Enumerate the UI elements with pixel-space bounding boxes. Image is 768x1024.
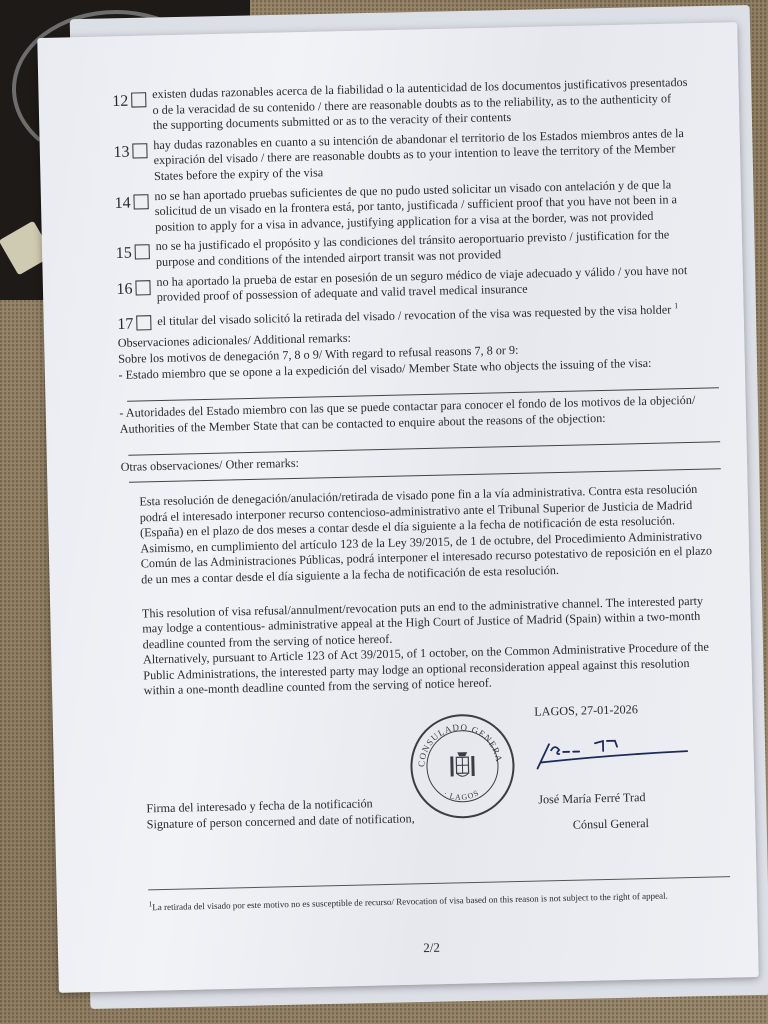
reason-number: 15 — [116, 246, 132, 262]
reason-checkbox[interactable] — [135, 245, 150, 260]
refusal-reasons-list: 12existen dudas razonables acerca de la … — [112, 74, 717, 330]
reason-number: 16 — [116, 281, 132, 297]
signer-name: José María Ferré Trad — [538, 790, 646, 808]
reason-number: 17 — [117, 316, 133, 332]
place-and-date: LAGOS, 27-01-2026 — [534, 702, 638, 720]
refusal-reason-14: 14no se han aportado pruebas suficientes… — [114, 176, 715, 236]
reason-checkbox[interactable] — [135, 280, 150, 295]
footnote-text: La retirada del visado por este motivo n… — [152, 891, 668, 913]
signer-title: Cónsul General — [573, 816, 649, 833]
reason-text: el titular del visado solicitó la retira… — [157, 302, 671, 328]
appeal-notice-english: This resolution of visa refusal/annulmen… — [124, 593, 726, 700]
footnote-marker: 1 — [674, 301, 678, 310]
appeal-notice-spanish: Esta resolución de denegación/anulación/… — [121, 481, 723, 588]
consulate-seal: CONSULADO GENERAL DE ESPAÑA · LAGOS · — [409, 713, 515, 819]
reason-number: 14 — [114, 195, 130, 211]
reason-checkbox[interactable] — [136, 315, 151, 330]
signature-block: Firma del interesado y fecha de la notif… — [126, 696, 729, 870]
additional-remarks: Observaciones adicionales/ Additional re… — [118, 323, 721, 483]
reason-number: 13 — [113, 144, 129, 160]
refusal-reason-13: 13hay dudas razonables en cuanto a su in… — [113, 125, 714, 185]
concerned-signature-label: Firma del interesado y fecha de la notif… — [146, 795, 415, 832]
reason-number: 12 — [112, 94, 128, 110]
coat-of-arms-icon — [448, 748, 477, 785]
reason-checkbox[interactable] — [133, 194, 148, 209]
reason-checkbox[interactable] — [132, 143, 147, 158]
document-content: 12existen dudas razonables acerca de la … — [112, 74, 732, 962]
reason-checkbox[interactable] — [131, 92, 146, 107]
reason-text: States before the expiry of the visa — [154, 165, 323, 183]
handwritten-signature — [531, 731, 692, 775]
